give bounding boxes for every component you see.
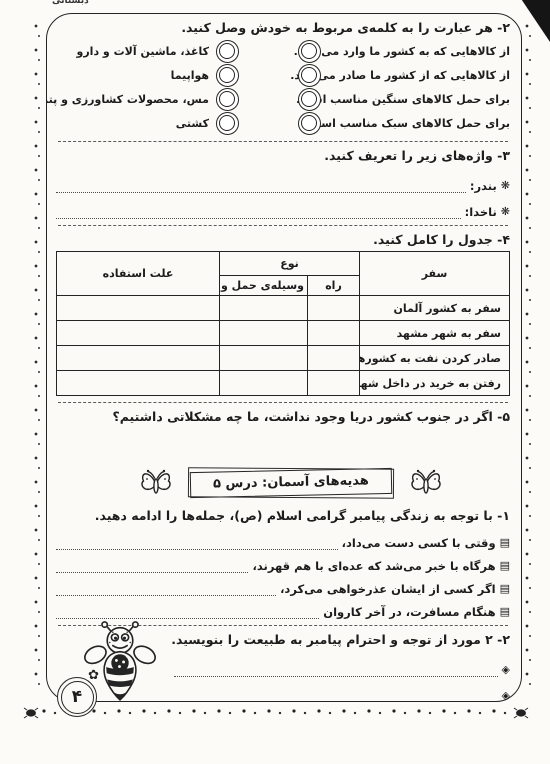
nature-line: ◈ [174, 651, 510, 677]
answer-line[interactable] [56, 205, 461, 219]
blank-cell-way[interactable] [308, 346, 360, 371]
asterisk-icon: ❋ [501, 180, 510, 193]
sentence-line: ▤ هنگام مسافرت، در آخر کاروان [56, 596, 510, 619]
match-statement: از کالاهایی که از کشور ما صادر می‌شود. [327, 69, 510, 82]
match-row: برای حمل کالاهای سبک مناسب است. کشتی [56, 111, 510, 135]
sentence-line: ▤ وقتی با کسی دست می‌داد، [56, 527, 510, 550]
sentence-line: ▤ هرگاه با خبر می‌شد که عده‌ای با هم قهر… [56, 550, 510, 573]
left-margin-ornament [33, 22, 43, 694]
section-separator [58, 225, 508, 226]
table-row: رفتن به خرید در داخل شهر [57, 371, 510, 396]
flower-icon: ✿ [88, 668, 99, 683]
blank-cell-way[interactable] [308, 321, 360, 346]
match-statement: برای حمل کالاهای سبک مناسب است. [327, 117, 510, 130]
blank-cell-vehicle[interactable] [219, 296, 307, 321]
trip-label: صادر کردن نفت به کشورهای دیگر [360, 346, 510, 371]
answer-line[interactable] [56, 605, 319, 619]
section-separator [58, 141, 508, 142]
connect-circle-statement[interactable] [298, 64, 321, 87]
table-row: سفر به کشور آلمان [57, 296, 510, 321]
bug-icon [22, 706, 40, 720]
answer-line[interactable] [174, 689, 498, 701]
page-number: ۴ [72, 687, 82, 707]
column-header-vehicle: وسیله‌ی حمل و نقل [219, 276, 307, 296]
match-statement: برای حمل کالاهای سنگین مناسب است. [327, 93, 510, 106]
blank-cell-vehicle[interactable] [219, 371, 307, 396]
diamond-icon: ◈ [502, 664, 510, 677]
trips-table: سفر نوع علت استفاده راه وسیله‌ی حمل و نق… [56, 251, 510, 396]
match-row: از کالاهایی که به کشور ما وارد می‌شود. ک… [56, 39, 510, 63]
blank-cell-way[interactable] [308, 371, 360, 396]
connect-circle-statement[interactable] [298, 40, 321, 63]
question-3-title: ۳- واژه‌های زیر را تعریف کنید. [56, 148, 510, 163]
question-3-definitions: ۳- واژه‌های زیر را تعریف کنید. ❋ بندر: ❋… [56, 148, 510, 219]
scan-corner-artifact [518, 0, 550, 42]
diamond-icon: ◈ [502, 690, 510, 701]
page-number-badge: ✿ ۴ [57, 677, 97, 717]
connect-circle-word[interactable] [216, 112, 239, 135]
connect-circle-word[interactable] [216, 64, 239, 87]
blank-cell-reason[interactable] [57, 296, 220, 321]
trip-label: سفر به شهر مشهد [360, 321, 510, 346]
definition-term: بندر: [470, 179, 497, 193]
right-margin-ornament [524, 22, 534, 694]
column-header-type: نوع [219, 252, 359, 276]
sentence-line: ▤ اگر کسی از ایشان عذرخواهی می‌کرد، [56, 573, 510, 596]
blank-cell-reason[interactable] [57, 371, 220, 396]
table-row: سفر به شهر مشهد [57, 321, 510, 346]
answer-line[interactable] [174, 663, 498, 677]
worksheet-page: دبستانی ۲- هر عبارت را به کلمه‌ی مربوط ب… [0, 0, 550, 764]
sentence-start: هنگام مسافرت، در آخر کاروان [323, 605, 495, 619]
note-icon: ▤ [500, 583, 510, 596]
match-word: هواپیما [56, 69, 209, 82]
worksheet-content: ۲- هر عبارت را به کلمه‌ی مربوط به خودش و… [47, 14, 521, 701]
match-row: از کالاهایی که از کشور ما صادر می‌شود. ه… [56, 63, 510, 87]
question-5-open: ۵- اگر در جنوب کشور دریا وجود نداشت، ما … [56, 409, 510, 458]
sentence-start: هرگاه با خبر می‌شد که عده‌ای با هم قهرند… [252, 559, 495, 573]
definition-line: ❋ ناخدا: [56, 193, 510, 219]
answer-space[interactable] [56, 428, 510, 458]
column-header-trip: سفر [360, 252, 510, 296]
match-word: کاغذ، ماشین آلات و دارو [56, 45, 209, 58]
question-4-table: ۴- جدول را کامل کنید. سفر نوع علت استفاد… [56, 232, 510, 396]
connect-circle-word[interactable] [216, 40, 239, 63]
asterisk-icon: ❋ [501, 206, 510, 219]
blank-cell-reason[interactable] [57, 346, 220, 371]
blank-cell-vehicle[interactable] [219, 346, 307, 371]
sentence-start: وقتی با کسی دست می‌داد، [342, 536, 496, 550]
butterfly-icon [138, 465, 174, 501]
corner-caption: دبستانی [52, 0, 89, 6]
match-row: برای حمل کالاهای سنگین مناسب است. مس، مح… [56, 87, 510, 111]
note-icon: ▤ [500, 606, 510, 619]
match-statement: از کالاهایی که به کشور ما وارد می‌شود. [327, 45, 510, 58]
blank-cell-way[interactable] [308, 296, 360, 321]
lesson-banner-row: هدیه‌های آسمان: درس ۵ [64, 460, 518, 506]
answer-line[interactable] [56, 536, 338, 550]
answer-line[interactable] [56, 559, 248, 573]
definition-term: ناخدا: [465, 205, 497, 219]
bottom-border-ornament [40, 706, 510, 717]
blank-cell-vehicle[interactable] [219, 321, 307, 346]
connect-circle-statement[interactable] [298, 112, 321, 135]
match-word: کشتی [56, 117, 209, 130]
trip-label: رفتن به خرید در داخل شهر [360, 371, 510, 396]
question-2-title: ۲- هر عبارت را به کلمه‌ی مربوط به خودش و… [56, 20, 510, 35]
answer-line[interactable] [56, 582, 276, 596]
section-separator [58, 402, 508, 403]
butterfly-icon [408, 465, 444, 501]
connect-circle-statement[interactable] [298, 88, 321, 111]
section-1-sentences: ۱- با توجه به زندگی پیامبر گرامی اسلام (… [56, 508, 510, 619]
blank-cell-reason[interactable] [57, 321, 220, 346]
answer-line[interactable] [56, 179, 466, 193]
section-1-title: ۱- با توجه به زندگی پیامبر گرامی اسلام (… [56, 508, 510, 523]
trip-label: سفر به کشور آلمان [360, 296, 510, 321]
column-header-way: راه [308, 276, 360, 296]
column-header-reason: علت استفاده [57, 252, 220, 296]
sentence-start: اگر کسی از ایشان عذرخواهی می‌کرد، [280, 582, 496, 596]
match-word: مس، محصولات کشاورزی و پتروشیمی [47, 93, 209, 106]
question-5-title: ۵- اگر در جنوب کشور دریا وجود نداشت، ما … [56, 409, 510, 424]
bug-icon [512, 706, 530, 720]
note-icon: ▤ [500, 560, 510, 573]
connect-circle-word[interactable] [216, 88, 239, 111]
question-2-matching: ۲- هر عبارت را به کلمه‌ی مربوط به خودش و… [56, 20, 510, 135]
question-4-title: ۴- جدول را کامل کنید. [56, 232, 510, 247]
content-frame: ۲- هر عبارت را به کلمه‌ی مربوط به خودش و… [46, 13, 522, 702]
nature-line: ◈ [174, 677, 510, 701]
definition-line: ❋ بندر: [56, 167, 510, 193]
table-row: صادر کردن نفت به کشورهای دیگر [57, 346, 510, 371]
note-icon: ▤ [500, 537, 510, 550]
lesson-banner: هدیه‌های آسمان: درس ۵ [190, 468, 392, 498]
